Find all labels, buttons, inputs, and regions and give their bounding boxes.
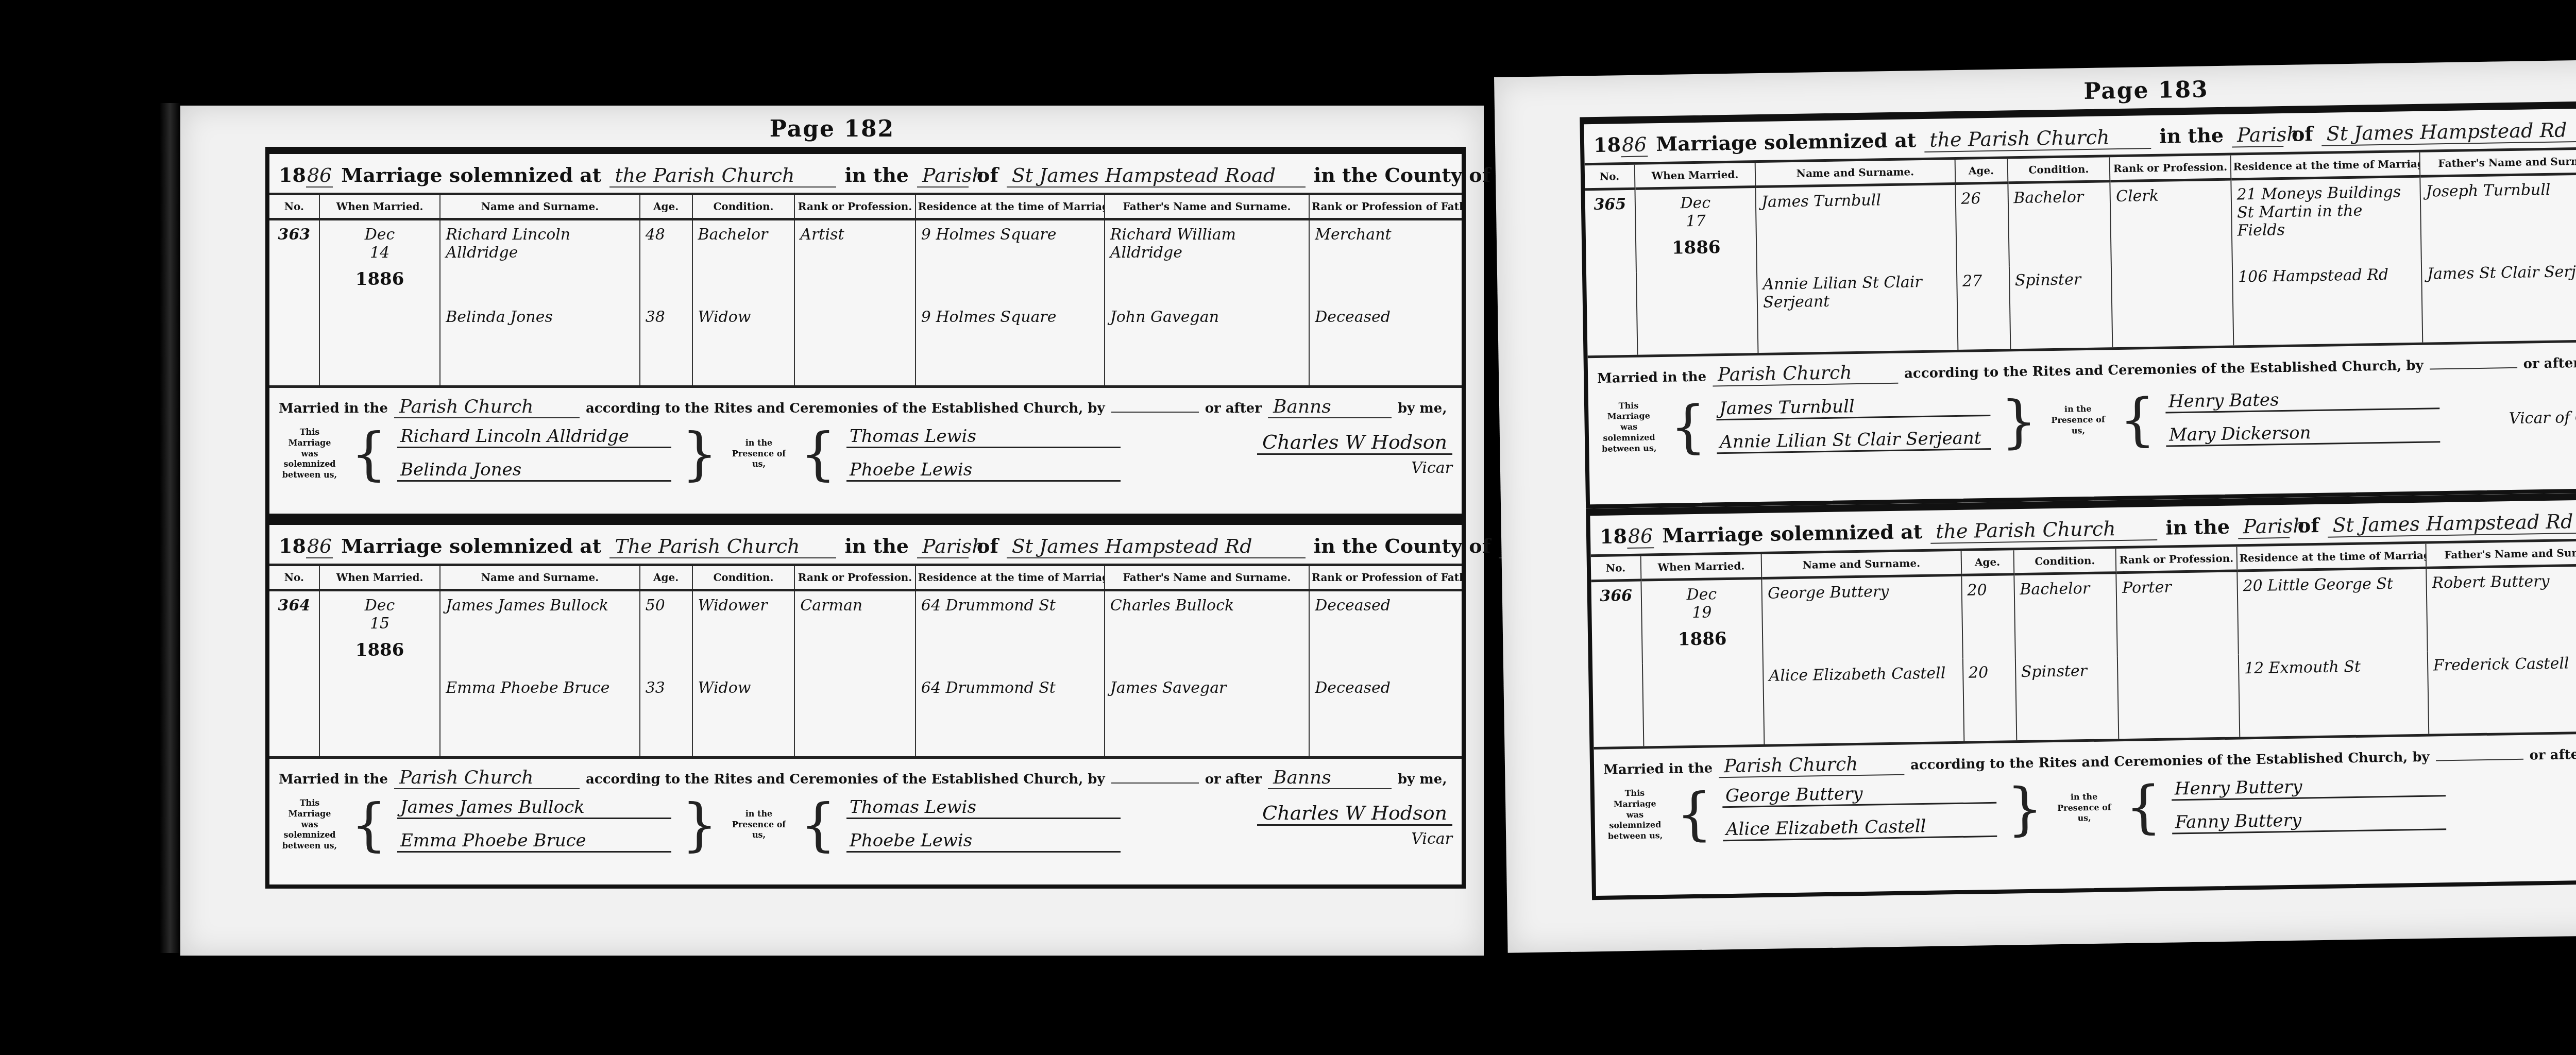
parish-field: St James Hampstead Rd bbox=[1007, 535, 1306, 558]
column-header: Residence at the time of Marriage. bbox=[2236, 544, 2426, 571]
year-prefix: 18 bbox=[279, 534, 306, 557]
venue-field: the Parish Church bbox=[609, 164, 836, 188]
label-in-presence: in the Presence of us, bbox=[728, 438, 790, 470]
date-year: 1886 bbox=[1648, 628, 1757, 650]
register-page-183: Page 1831886Marriage solemnized atthe Pa… bbox=[1494, 57, 2576, 953]
label-of: of bbox=[977, 163, 998, 186]
bride-name: Alice Elizabeth Castell bbox=[1763, 659, 1964, 744]
column-header: No. bbox=[1591, 556, 1641, 581]
column-header: No. bbox=[269, 566, 319, 590]
column-header: Rank or Profession. bbox=[2110, 156, 2231, 181]
bride-age: 20 bbox=[1962, 658, 2016, 741]
label-solemnized-at: Marriage solemnized at bbox=[1656, 128, 1917, 156]
witness-signatures: Henry BatesMary Dickerson bbox=[2165, 387, 2441, 447]
column-header: No. bbox=[1585, 165, 1635, 190]
party-signature: Belinda Jones bbox=[397, 460, 671, 482]
label-in-presence: in the Presence of us, bbox=[2047, 404, 2109, 437]
brace-icon: { bbox=[351, 426, 387, 482]
marriage-entry: 1886Marriage solemnized atThe Parish Chu… bbox=[265, 518, 1466, 889]
officiant-signature: L A GriffithsVicar of Christ Church St G… bbox=[2483, 377, 2576, 446]
date-day: 14 bbox=[370, 244, 389, 262]
bride-father-name: Frederick Castell bbox=[2427, 648, 2576, 734]
bride-father-name: James St Clair Serjeant bbox=[2421, 257, 2576, 343]
ceremony-line: Married in theParish Churchaccording to … bbox=[269, 385, 1462, 418]
year-suffix: 86 bbox=[1627, 524, 1654, 549]
label-solemnized-between: This Marriage was solemnized between us, bbox=[1604, 788, 1667, 842]
entry-heading: 1886Marriage solemnized atThe Parish Chu… bbox=[269, 525, 1462, 566]
when-married: Dec191886 bbox=[1641, 578, 1764, 746]
when-married: Dec151886 bbox=[319, 590, 440, 757]
officiant-name: Charles W Hodson bbox=[1257, 431, 1452, 455]
label-solemnized-at: Marriage solemnized at bbox=[341, 534, 601, 557]
label-or-after: or after bbox=[2529, 747, 2576, 763]
brace-icon: } bbox=[682, 426, 718, 482]
marriage-entry: 1886Marriage solemnized atthe Parish Chu… bbox=[1586, 490, 2576, 900]
party-signature: James Turnbull bbox=[1716, 394, 1991, 420]
entry-number: 366 bbox=[1591, 580, 1643, 747]
parish-field: St James Hampstead Rd bbox=[2321, 118, 2576, 146]
column-header: Father's Name and Surname. bbox=[1105, 566, 1310, 590]
column-header: Name and Surname. bbox=[1755, 160, 1955, 187]
brace-icon: { bbox=[351, 796, 387, 853]
column-header: Residence at the time of Marriage. bbox=[916, 566, 1105, 590]
groom-residence: 20 Little George St bbox=[2237, 568, 2427, 654]
groom-residence: 21 Moneys Buildings St Martin in the Fie… bbox=[2231, 176, 2421, 263]
witness-signatures: Thomas LewisPhoebe Lewis bbox=[846, 797, 1121, 853]
label-in-the: in the bbox=[2159, 124, 2224, 148]
parish-field: St James Hampstead Road bbox=[1007, 164, 1306, 188]
label-solemnized-between: This Marriage was solemnized between us, bbox=[279, 798, 341, 852]
brace-icon: } bbox=[682, 796, 718, 853]
column-header: Condition. bbox=[692, 566, 795, 590]
ceremony-line: Married in theParish Churchaccording to … bbox=[269, 756, 1462, 789]
label-solemnized-between: This Marriage was solemnized between us, bbox=[1598, 400, 1660, 455]
witness-signature: Henry Buttery bbox=[2172, 774, 2446, 801]
column-header-row: No.When Married.Name and Surname.Age.Con… bbox=[269, 195, 1462, 219]
date-day: 19 bbox=[1692, 603, 1712, 622]
date-day: 17 bbox=[1686, 212, 1706, 231]
register-table: No.When Married.Name and Surname.Age.Con… bbox=[1585, 147, 2576, 355]
bride-rank bbox=[794, 674, 915, 756]
bride-condition: Widow bbox=[692, 674, 795, 756]
groom-row: 364Dec151886James James Bullock50Widower… bbox=[269, 590, 1462, 674]
column-header: Condition. bbox=[2013, 549, 2116, 574]
groom-name: George Buttery bbox=[1762, 575, 1963, 662]
party-signature: George Buttery bbox=[1722, 781, 1997, 808]
brace-icon: { bbox=[800, 796, 836, 853]
label-of: of bbox=[977, 534, 998, 557]
bride-condition: Spinster bbox=[2015, 656, 2119, 740]
label-or-after: or after bbox=[2523, 355, 2576, 372]
witness-signature: Fanny Buttery bbox=[2172, 808, 2447, 834]
label-rites: according to the Rites and Ceremonies of… bbox=[586, 401, 1105, 416]
label-by-me: by me, bbox=[1398, 401, 1447, 416]
label-in-presence: in the Presence of us, bbox=[2053, 791, 2115, 824]
date-year: 1886 bbox=[1641, 236, 1751, 259]
venue-field: the Parish Church bbox=[1924, 125, 2151, 152]
groom-residence: 9 Holmes Square bbox=[916, 219, 1105, 303]
label-married-in: Married in the bbox=[279, 401, 388, 416]
label-solemnized-at: Marriage solemnized at bbox=[341, 163, 601, 186]
label-solemnized-between: This Marriage was solemnized between us, bbox=[279, 427, 341, 481]
brace-icon: { bbox=[800, 426, 836, 482]
column-header: When Married. bbox=[319, 566, 440, 590]
groom-father-rank: Deceased bbox=[1309, 590, 1462, 674]
column-header: Name and Surname. bbox=[1761, 551, 1961, 578]
witness-signature: Thomas Lewis bbox=[846, 426, 1121, 448]
bride-condition: Spinster bbox=[2009, 265, 2112, 349]
label-by-me: by me, bbox=[1398, 772, 1447, 787]
register-table: No.When Married.Name and Surname.Age.Con… bbox=[1591, 538, 2576, 747]
column-header: Age. bbox=[640, 195, 692, 219]
page-number: Page 182 bbox=[180, 116, 1484, 142]
column-header: When Married. bbox=[319, 195, 440, 219]
column-header: Age. bbox=[640, 566, 692, 590]
label-married-in: Married in the bbox=[1597, 369, 1706, 386]
label-in-the: in the bbox=[844, 534, 909, 557]
year-prefix: 18 bbox=[1594, 133, 1621, 157]
label-rites: according to the Rites and Ceremonies of… bbox=[586, 772, 1105, 787]
date-day: 15 bbox=[370, 615, 389, 633]
venue-field: The Parish Church bbox=[609, 535, 836, 558]
entry-number: 363 bbox=[269, 219, 319, 386]
bride-rank bbox=[2111, 263, 2233, 348]
party-signatures: James TurnbullAnnie Lilian St Clair Serj… bbox=[1716, 394, 1991, 453]
register-table: No.When Married.Name and Surname.Age.Con… bbox=[269, 566, 1462, 756]
column-header: Age. bbox=[1961, 550, 2014, 575]
date-month: Dec bbox=[1686, 585, 1717, 604]
column-header: Condition. bbox=[692, 195, 795, 219]
column-header: When Married. bbox=[1635, 163, 1756, 189]
entry-number: 364 bbox=[269, 590, 319, 757]
groom-rank: Artist bbox=[794, 219, 915, 303]
bride-residence: 9 Holmes Square bbox=[916, 303, 1105, 385]
groom-father-name: Charles Bullock bbox=[1105, 590, 1310, 674]
bride-name: Belinda Jones bbox=[440, 303, 639, 385]
year-suffix: 86 bbox=[306, 164, 333, 188]
bride-residence: 12 Exmouth St bbox=[2239, 652, 2429, 737]
column-header: Rank or Profession. bbox=[794, 566, 915, 590]
groom-condition: Bachelor bbox=[2014, 573, 2117, 658]
bride-residence: 106 Hampstead Rd bbox=[2232, 260, 2422, 346]
groom-row: 363Dec141886Richard Lincoln Alldridge48B… bbox=[269, 219, 1462, 303]
column-header: No. bbox=[269, 195, 319, 219]
district-field: Parish bbox=[917, 164, 969, 188]
entry-year: 1886 bbox=[279, 534, 333, 557]
brace-icon: } bbox=[2007, 780, 2044, 837]
label-county: in the County of bbox=[1314, 534, 1490, 557]
groom-age: 50 bbox=[640, 590, 692, 674]
groom-residence: 64 Drummond St bbox=[916, 590, 1105, 674]
married-in-field: Parish Church bbox=[394, 767, 580, 789]
groom-age: 26 bbox=[1955, 183, 2009, 267]
groom-rank: Carman bbox=[794, 590, 915, 674]
column-header: Age. bbox=[1955, 159, 2008, 183]
signature-block: This Marriage was solemnized between us,… bbox=[269, 418, 1462, 489]
bride-father-name: James Savegar bbox=[1105, 674, 1310, 756]
entry-year: 1886 bbox=[1594, 132, 1648, 157]
groom-father-name: Robert Buttery bbox=[2426, 565, 2576, 652]
witness-signature: Phoebe Lewis bbox=[846, 460, 1121, 482]
register-page-182: Page 1821886Marriage solemnized atthe Pa… bbox=[180, 106, 1484, 956]
label-in-presence: in the Presence of us, bbox=[728, 809, 790, 841]
bride-father-rank: Deceased bbox=[1309, 674, 1462, 756]
bride-rank bbox=[2117, 654, 2240, 739]
entry-number: 365 bbox=[1585, 189, 1637, 355]
brace-icon: { bbox=[2119, 390, 2156, 448]
district-field: Parish bbox=[2238, 515, 2290, 539]
label-in-the: in the bbox=[2165, 515, 2230, 539]
brace-icon: } bbox=[2001, 393, 2038, 450]
label-of: of bbox=[2298, 514, 2319, 537]
parish-field: St James Hampstead Rd bbox=[2327, 509, 2576, 538]
officiant-signature: Charles W HodsonVicar bbox=[1257, 431, 1452, 477]
entry-heading: 1886Marriage solemnized atthe Parish Chu… bbox=[269, 154, 1462, 195]
bride-name: Annie Lilian St Clair Serjeant bbox=[1757, 267, 1958, 353]
bride-father-rank: Deceased bbox=[1309, 303, 1462, 385]
date-year: 1886 bbox=[325, 640, 434, 660]
banns-field: Banns bbox=[1268, 767, 1392, 789]
party-signature: Alice Elizabeth Castell bbox=[1723, 815, 1997, 841]
column-header: Father's Name and Surname. bbox=[2426, 540, 2576, 568]
groom-name: Richard Lincoln Alldridge bbox=[440, 219, 639, 303]
party-signature: Richard Lincoln Alldridge bbox=[397, 426, 671, 448]
bride-rank bbox=[794, 303, 915, 385]
bride-condition: Widow bbox=[692, 303, 795, 385]
witness-signature: Phoebe Lewis bbox=[846, 830, 1121, 853]
year-prefix: 18 bbox=[279, 163, 306, 186]
officiant-title: Vicar bbox=[1411, 459, 1452, 477]
column-header: Name and Surname. bbox=[440, 566, 639, 590]
bride-age: 27 bbox=[1957, 266, 2010, 350]
marriage-entry: 1886Marriage solemnized atthe Parish Chu… bbox=[265, 147, 1466, 518]
officiant-signature: Charles W HodsonVicar bbox=[1257, 802, 1452, 848]
register-table: No.When Married.Name and Surname.Age.Con… bbox=[269, 195, 1462, 385]
groom-condition: Bachelor bbox=[2008, 181, 2111, 267]
year-suffix: 86 bbox=[306, 535, 333, 558]
column-header: Name and Surname. bbox=[440, 195, 639, 219]
groom-rank: Clerk bbox=[2110, 179, 2232, 265]
district-field: Parish bbox=[2232, 123, 2284, 148]
brace-icon: { bbox=[1670, 398, 1707, 455]
witness-signature: Henry Bates bbox=[2165, 387, 2440, 413]
label-county: in the County of bbox=[1314, 163, 1490, 186]
party-signature: Annie Lilian St Clair Serjeant bbox=[1717, 427, 1991, 453]
party-signatures: James James BullockEmma Phoebe Bruce bbox=[397, 797, 671, 853]
marriage-entry: 1886Marriage solemnized atthe Parish Chu… bbox=[1580, 98, 2576, 509]
officiant-title: Vicar of Christ Church St Giles in the F… bbox=[2483, 405, 2576, 446]
licence-field bbox=[2436, 759, 2523, 761]
married-in-field: Parish Church bbox=[1713, 362, 1899, 387]
groom-name: James James Bullock bbox=[440, 590, 639, 674]
year-suffix: 86 bbox=[1621, 133, 1648, 157]
banns-field: Banns bbox=[1268, 396, 1392, 418]
groom-rank: Porter bbox=[2116, 571, 2239, 656]
label-or-after: or after bbox=[1205, 772, 1262, 787]
entry-year: 1886 bbox=[1600, 524, 1654, 548]
date-year: 1886 bbox=[325, 269, 434, 290]
column-header: Father's Name and Surname. bbox=[1105, 195, 1310, 219]
officiant-name: Charles W Hodson bbox=[1257, 802, 1452, 826]
bride-residence: 64 Drummond St bbox=[916, 674, 1105, 756]
groom-name: James Turnbull bbox=[1756, 183, 1957, 270]
party-signature: James James Bullock bbox=[397, 797, 671, 819]
column-header: Rank or Profession of Father. bbox=[1309, 195, 1462, 219]
label-in-the: in the bbox=[844, 163, 909, 186]
column-header: Residence at the time of Marriage. bbox=[2230, 152, 2420, 179]
label-married-in: Married in the bbox=[1603, 761, 1713, 778]
groom-father-rank: Merchant bbox=[1309, 219, 1462, 303]
bride-father-name: John Gavegan bbox=[1105, 303, 1310, 385]
column-header: Residence at the time of Marriage. bbox=[916, 195, 1105, 219]
married-in-field: Parish Church bbox=[1719, 753, 1905, 778]
date-month: Dec bbox=[365, 226, 395, 244]
married-in-field: Parish Church bbox=[394, 396, 580, 418]
column-header: Rank or Profession. bbox=[2116, 547, 2237, 572]
licence-field bbox=[2430, 367, 2517, 370]
licence-field bbox=[1111, 412, 1199, 413]
party-signatures: George ButteryAlice Elizabeth Castell bbox=[1722, 781, 1997, 841]
venue-field: the Parish Church bbox=[1930, 517, 2158, 544]
groom-age: 20 bbox=[1961, 574, 2015, 659]
date-month: Dec bbox=[1680, 194, 1710, 212]
entry-year: 1886 bbox=[279, 163, 333, 186]
officiant-title: Vicar bbox=[1411, 830, 1452, 848]
brace-icon: { bbox=[2125, 778, 2162, 836]
bride-row: Emma Phoebe Bruce33Widow64 Drummond StJa… bbox=[269, 674, 1462, 756]
column-header: Condition. bbox=[2007, 157, 2110, 183]
date-month: Dec bbox=[365, 597, 395, 615]
label-married-in: Married in the bbox=[279, 772, 388, 787]
column-header: Father's Name and Surname. bbox=[2419, 149, 2576, 177]
district-field: Parish bbox=[917, 535, 969, 558]
when-married: Dec141886 bbox=[319, 219, 440, 386]
column-header: Rank or Profession. bbox=[794, 195, 915, 219]
column-header: Rank or Profession of Father. bbox=[1309, 566, 1462, 590]
groom-father-name: Joseph Turnbull bbox=[2420, 173, 2576, 260]
groom-age: 48 bbox=[640, 219, 692, 303]
label-or-after: or after bbox=[1205, 401, 1262, 416]
groom-father-name: Richard William Alldridge bbox=[1105, 219, 1310, 303]
groom-condition: Bachelor bbox=[692, 219, 795, 303]
bride-age: 33 bbox=[640, 674, 692, 756]
signature-block: This Marriage was solemnized between us,… bbox=[269, 789, 1462, 860]
book-spine-shadow bbox=[160, 103, 180, 953]
witness-signatures: Henry ButteryFanny Buttery bbox=[2172, 774, 2447, 834]
when-married: Dec171886 bbox=[1635, 187, 1758, 355]
column-header-row: No.When Married.Name and Surname.Age.Con… bbox=[269, 566, 1462, 590]
witness-signatures: Thomas LewisPhoebe Lewis bbox=[846, 426, 1121, 482]
witness-signature: Mary Dickerson bbox=[2166, 420, 2441, 447]
bride-age: 38 bbox=[640, 303, 692, 385]
label-of: of bbox=[2292, 122, 2313, 146]
licence-field bbox=[1111, 782, 1199, 784]
groom-condition: Widower bbox=[692, 590, 795, 674]
party-signatures: Richard Lincoln AlldridgeBelinda Jones bbox=[397, 426, 671, 482]
label-solemnized-at: Marriage solemnized at bbox=[1662, 520, 1923, 547]
year-prefix: 18 bbox=[1600, 524, 1628, 548]
bride-name: Emma Phoebe Bruce bbox=[440, 674, 639, 756]
column-header: When Married. bbox=[1640, 554, 1761, 580]
witness-signature: Thomas Lewis bbox=[846, 797, 1121, 819]
party-signature: Emma Phoebe Bruce bbox=[397, 830, 671, 853]
bride-row: Belinda Jones38Widow9 Holmes SquareJohn … bbox=[269, 303, 1462, 385]
brace-icon: { bbox=[1676, 786, 1713, 843]
